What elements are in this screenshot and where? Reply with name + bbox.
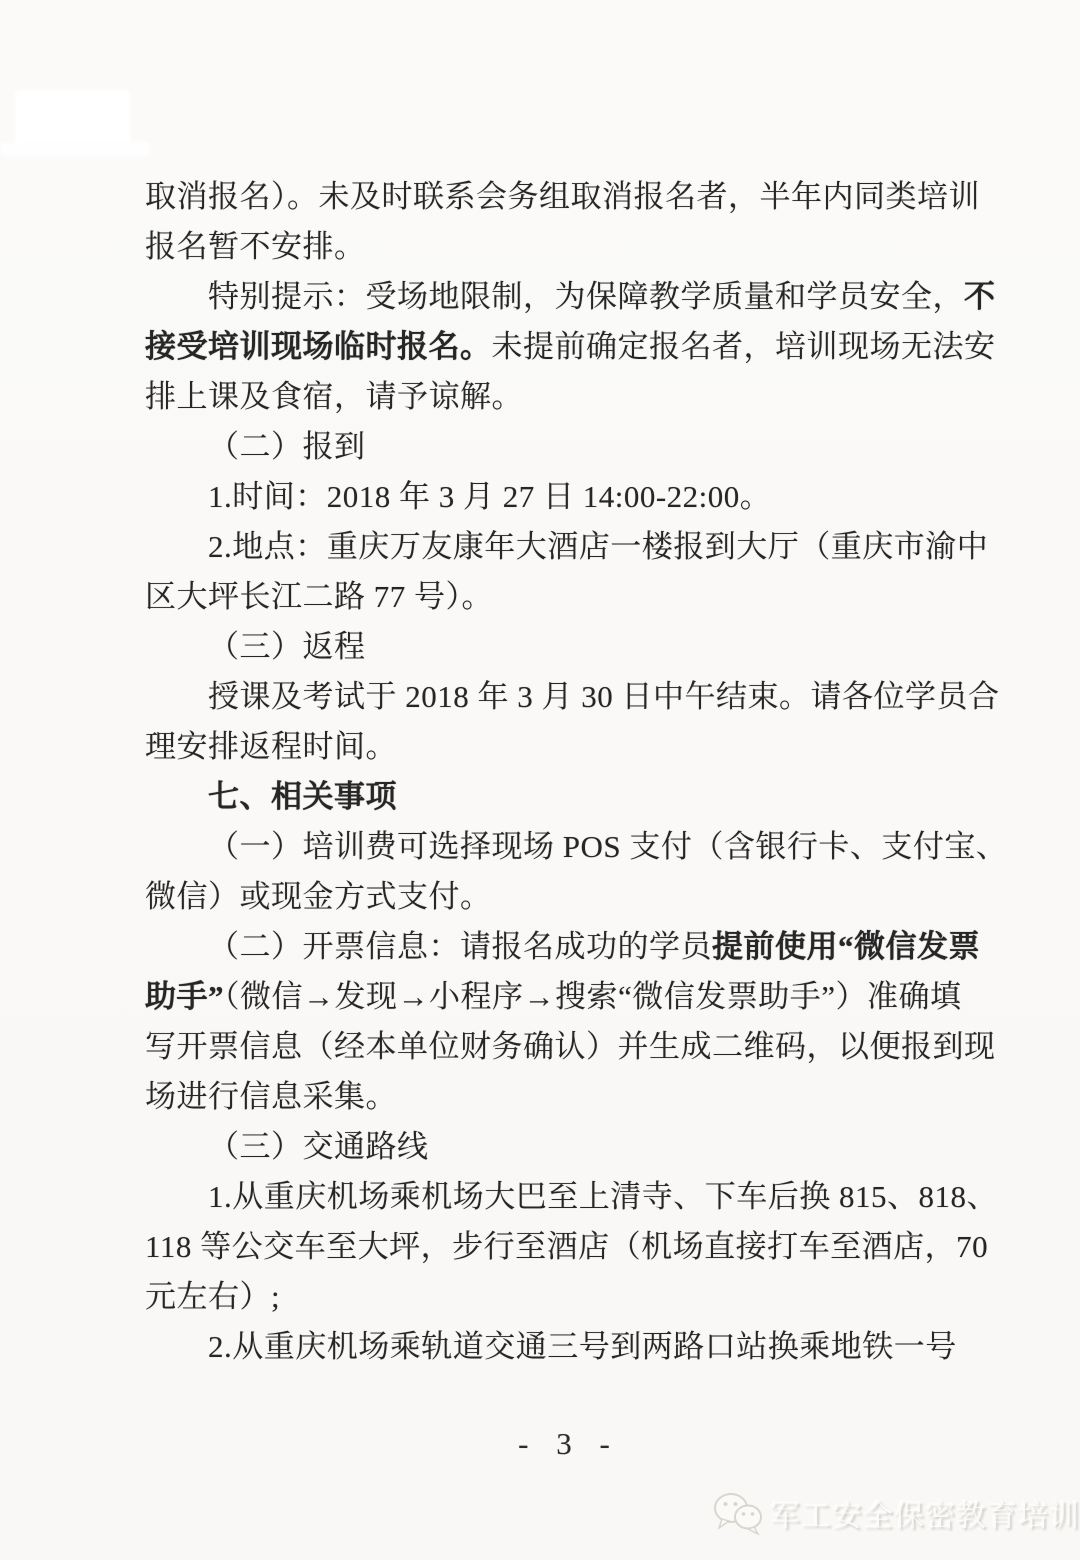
scan-artifact-strip [0, 142, 150, 156]
bold-text-run: 提前使用“微信发票 [712, 929, 980, 964]
text-line: 七、相关事项 [145, 772, 993, 822]
text-line: 元左右）; [145, 1272, 993, 1322]
document-body: 取消报名）。未及时联系会务组取消报名者，半年内同类培训报名暂不安排。特别提示：受… [145, 172, 993, 1372]
text-run: 118 等公交车至大坪，步行至酒店（机场直接打车至酒店，70 [145, 1229, 988, 1264]
text-run: （微信→发现→小程序→搜索“微信发票助手”）准确填 [224, 979, 962, 1014]
text-run: 场进行信息采集。 [145, 1079, 397, 1114]
page-number: - 3 - [145, 1422, 993, 1466]
text-line: 2.地点：重庆万友康年大酒店一楼报到大厅（重庆市渝中 [145, 522, 993, 572]
text-run: 2.地点：重庆万友康年大酒店一楼报到大厅（重庆市渝中 [208, 529, 988, 564]
text-line: 助手”（微信→发现→小程序→搜索“微信发票助手”）准确填 [145, 972, 993, 1022]
bold-text-run: 七、相关事项 [208, 779, 397, 814]
text-run: （二）开票信息：请报名成功的学员 [208, 929, 712, 964]
text-line: （三）返程 [145, 622, 993, 672]
text-run: 元左右）; [145, 1279, 280, 1314]
text-run: 授课及考试于 2018 年 3 月 30 日中午结束。请各位学员合 [208, 679, 1000, 714]
text-run: （二）报到 [208, 429, 366, 464]
text-line: 排上课及食宿，请予谅解。 [145, 372, 993, 422]
text-line: （二）开票信息：请报名成功的学员提前使用“微信发票 [145, 922, 993, 972]
text-line: 接受培训现场临时报名。未提前确定报名者，培训现场无法安 [145, 322, 993, 372]
wechat-icon [712, 1488, 764, 1538]
text-run: 排上课及食宿，请予谅解。 [145, 379, 523, 414]
text-run: （三）返程 [208, 629, 366, 664]
text-run: 取消报名）。未及时联系会务组取消报名者，半年内同类培训 [145, 179, 980, 214]
text-run: 1.时间：2018 年 3 月 27 日 14:00-22:00。 [208, 479, 771, 514]
text-run: （一）培训费可选择现场 POS 支付（含银行卡、支付宝、 [208, 829, 1007, 864]
text-line: 授课及考试于 2018 年 3 月 30 日中午结束。请各位学员合 [145, 672, 993, 722]
text-line: 区大坪长江二路 77 号）。 [145, 572, 993, 622]
bold-text-run: 助手” [145, 979, 224, 1014]
text-line: （三）交通路线 [145, 1122, 993, 1172]
text-line: （二）报到 [145, 422, 993, 472]
text-run: 1.从重庆机场乘机场大巴至上清寺、下车后换 815、818、 [208, 1179, 998, 1214]
text-line: 取消报名）。未及时联系会务组取消报名者，半年内同类培训 [145, 172, 993, 222]
bold-text-run: 不 [964, 279, 996, 314]
text-run: （三）交通路线 [208, 1129, 429, 1164]
text-line: 特别提示：受场地限制，为保障教学质量和学员安全，不 [145, 272, 993, 322]
text-run: 未提前确定报名者，培训现场无法安 [492, 329, 996, 364]
text-line: 微信）或现金方式支付。 [145, 872, 993, 922]
text-line: 1.从重庆机场乘机场大巴至上清寺、下车后换 815、818、 [145, 1172, 993, 1222]
text-run: 2.从重庆机场乘轨道交通三号到两路口站换乘地铁一号 [208, 1329, 957, 1364]
text-line: 场进行信息采集。 [145, 1072, 993, 1122]
text-line: 写开票信息（经本单位财务确认）并生成二维码，以便报到现 [145, 1022, 993, 1072]
text-run: 特别提示：受场地限制，为保障教学质量和学员安全， [208, 279, 964, 314]
scan-artifact-blob [15, 90, 130, 150]
text-line: 报名暂不安排。 [145, 222, 993, 272]
text-run: 区大坪长江二路 77 号）。 [145, 579, 493, 614]
watermark-text: 军工安全保密教育培训 [770, 1491, 1080, 1535]
text-line: 理安排返程时间。 [145, 722, 993, 772]
watermark: 军工安全保密教育培训 [712, 1488, 1080, 1538]
text-run: 微信）或现金方式支付。 [145, 879, 492, 914]
text-line: 2.从重庆机场乘轨道交通三号到两路口站换乘地铁一号 [145, 1322, 993, 1372]
text-line: 1.时间：2018 年 3 月 27 日 14:00-22:00。 [145, 472, 993, 522]
text-run: 报名暂不安排。 [145, 229, 366, 264]
bold-text-run: 接受培训现场临时报名。 [145, 329, 492, 364]
text-run: 理安排返程时间。 [145, 729, 397, 764]
text-run: 写开票信息（经本单位财务确认）并生成二维码，以便报到现 [145, 1029, 996, 1064]
text-line: 118 等公交车至大坪，步行至酒店（机场直接打车至酒店，70 [145, 1222, 993, 1272]
text-line: （一）培训费可选择现场 POS 支付（含银行卡、支付宝、 [145, 822, 993, 872]
